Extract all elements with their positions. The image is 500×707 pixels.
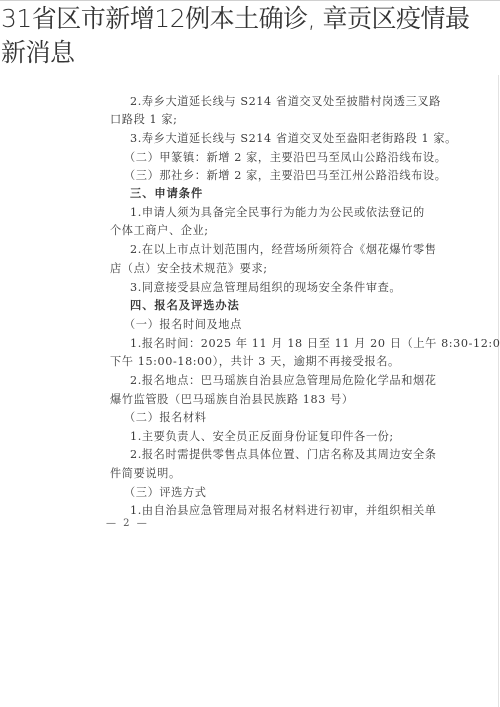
document-line: （一）报名时间及地点	[124, 318, 242, 332]
document-line: 2.在以上市点计划范围内，经营场所须符合《烟花爆竹零售	[130, 243, 437, 257]
document-line: 件简要说明。	[110, 467, 181, 481]
document-line: （二）报名材料	[124, 411, 207, 425]
document-line: 2.寿乡大道延长线与 S214 省道交叉处至披腊村岗透三叉路	[130, 95, 441, 109]
document-line: 3.同意接受县应急管理局组织的现场安全条件审查。	[130, 281, 401, 295]
page-number: — 2 —	[106, 518, 149, 529]
document-line: 爆竹监管股（巴马瑶族自治县民族路 183 号）	[110, 393, 354, 407]
document-line: 下午 15:00-18:00），共计 3 天，逾期不再接受报名。	[110, 355, 400, 369]
page-border	[498, 75, 499, 707]
document-line: 口路段 1 家;	[110, 113, 178, 127]
document-line: 1.报名时间：2025 年 11 月 18 日至 11 月 20 日（上午 8:…	[130, 337, 500, 351]
top-divider	[0, 0, 500, 1]
document-line: 个体工商户、企业;	[110, 224, 209, 238]
document-line: 2.报名时需提供零售点具体位置、门店名称及其周边安全条	[130, 448, 437, 462]
document-line: 1.由自治县应急管理局对报名材料进行初审，并组织相关单	[130, 504, 437, 518]
document-line: （三）评选方式	[124, 486, 207, 500]
article-title: 31省区市新增12例本土确诊, 章贡区疫情最新消息	[1, 2, 493, 70]
document-line: 店（点）安全技术规范》要求;	[110, 262, 268, 276]
document-line: 3.寿乡大道延长线与 S214 省道交叉处至盎阳老街路段 1 家。	[130, 132, 457, 146]
section-heading: 三、申请条件	[130, 187, 203, 201]
document-line: （三）那社乡：新增 2 家，主要沿巴马至江州公路沿线布设。	[124, 169, 447, 183]
document-line: 1.主要负责人、安全员正反面身份证复印件各一份;	[130, 430, 394, 444]
document-line: （二）甲篆镇：新增 2 家，主要沿巴马至凤山公路沿线布设。	[124, 151, 447, 165]
section-heading: 四、报名及评选办法	[130, 299, 240, 313]
document-line: 1.申请人须为具备完全民事行为能力为公民或依法登记的	[130, 206, 425, 220]
document-line: 2.报名地点：巴马瑶族自治县应急管理局危险化学品和烟花	[130, 374, 437, 388]
